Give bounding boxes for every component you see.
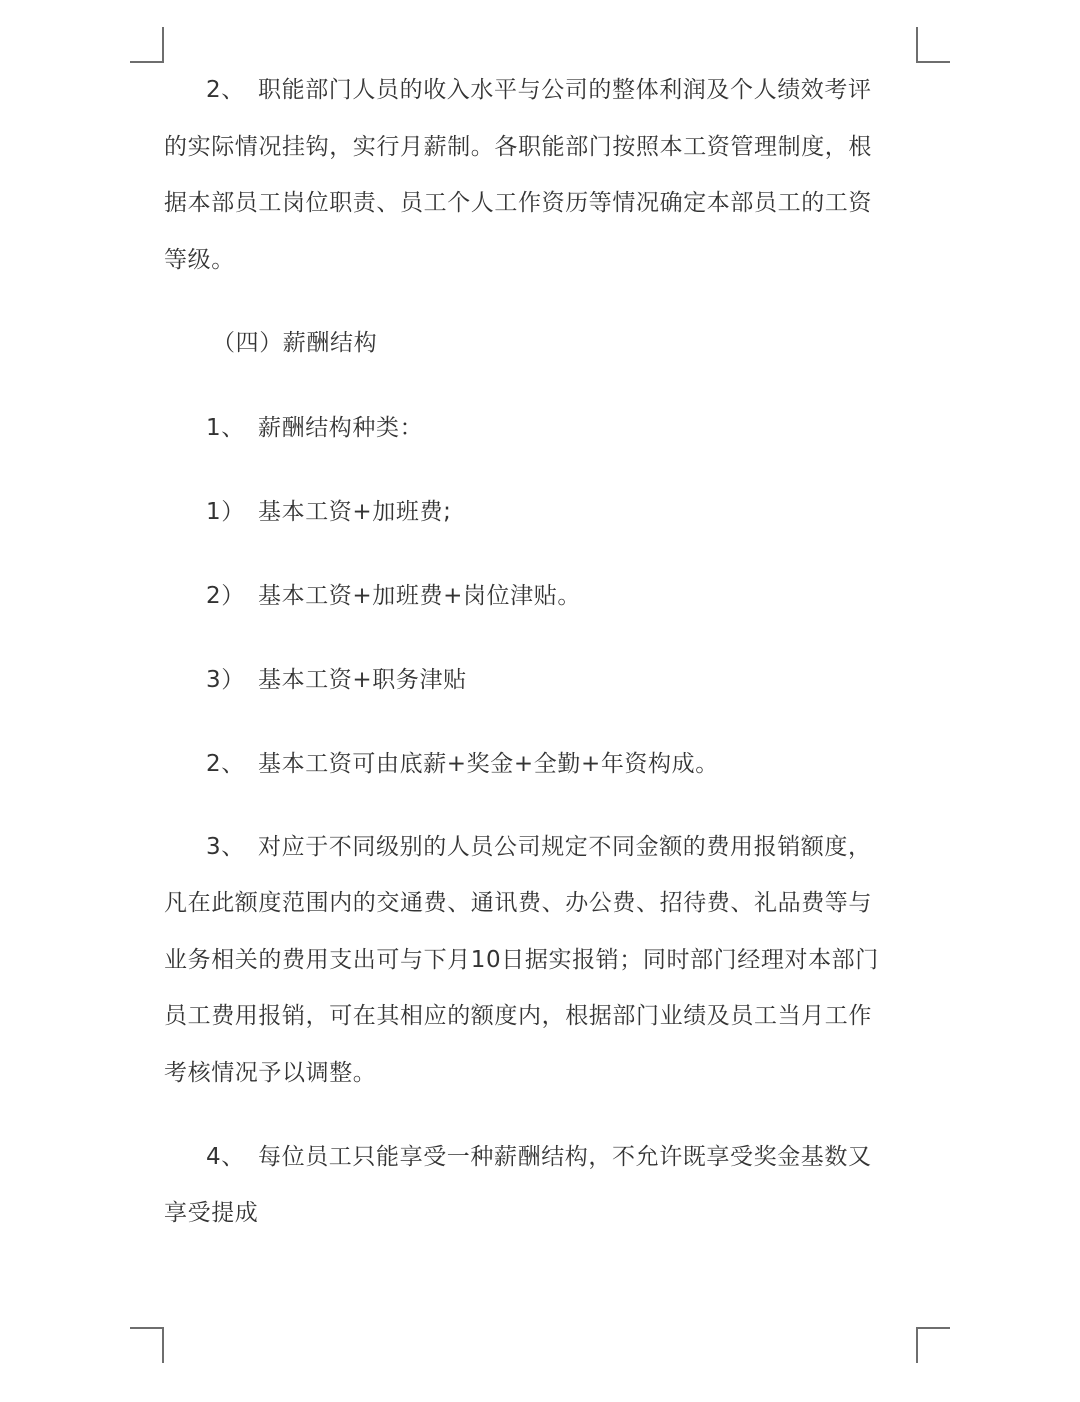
paragraph-line: 2、职能部门人员的收入水平与公司的整体利润及个人绩效考评 [206, 74, 946, 106]
paragraph-line: 员工费用报销，可在其相应的额度内，根据部门业绩及员工当月工作 [164, 1000, 904, 1032]
crop-mark-bottom-right [916, 1327, 950, 1363]
list-number: 2） [206, 580, 258, 612]
list-number: 1） [206, 496, 258, 528]
list-number: 3） [206, 664, 258, 696]
paragraph-line: 的实际情况挂钩，实行月薪制。各职能部门按照本工资管理制度，根 [164, 131, 904, 163]
list-item: 1、薪酬结构种类： [206, 412, 946, 444]
crop-mark-top-right [916, 27, 950, 63]
list-number: 3、 [206, 831, 258, 863]
list-number: 2、 [206, 74, 258, 106]
sub-list-item: 2）基本工资+加班费+岗位津贴。 [206, 580, 946, 612]
crop-mark-top-left [130, 27, 164, 63]
paragraph-line: 等级。 [164, 244, 904, 276]
sub-list-item: 3）基本工资+职务津贴 [206, 664, 946, 696]
list-item: 3、对应于不同级别的人员公司规定不同金额的费用报销额度， [206, 831, 946, 863]
list-number: 1、 [206, 412, 258, 444]
paragraph-line: 考核情况予以调整。 [164, 1057, 904, 1089]
crop-mark-bottom-left [130, 1327, 164, 1363]
paragraph-line: 享受提成 [164, 1197, 904, 1229]
list-item: 4、每位员工只能享受一种薪酬结构，不允许既享受奖金基数又 [206, 1141, 946, 1173]
list-number: 2、 [206, 748, 258, 780]
sub-list-item: 1）基本工资+加班费; [206, 496, 946, 528]
list-number: 4、 [206, 1141, 258, 1173]
paragraph-line: 凡在此额度范围内的交通费、通讯费、办公费、招待费、礼品费等与 [164, 887, 904, 919]
list-item: 2、基本工资可由底薪+奖金+全勤+年资构成。 [206, 748, 946, 780]
section-heading: （四）薪酬结构 [212, 327, 952, 359]
paragraph-line: 据本部员工岗位职责、员工个人工作资历等情况确定本部员工的工资 [164, 187, 904, 219]
paragraph-line: 业务相关的费用支出可与下月10日据实报销；同时部门经理对本部门 [164, 944, 904, 976]
